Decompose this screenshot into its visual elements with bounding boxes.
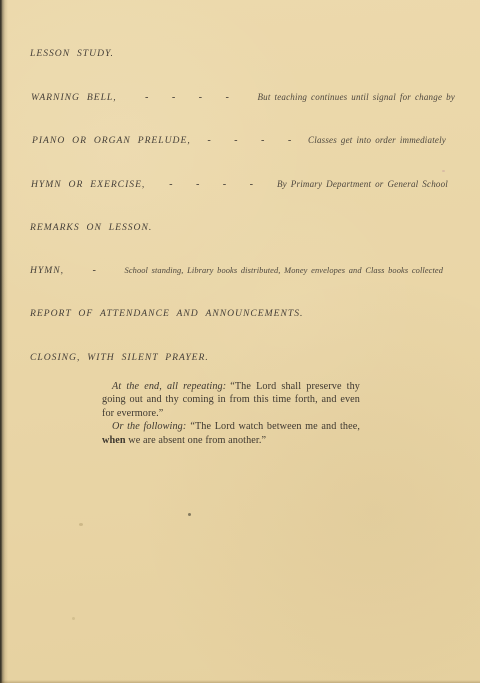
entry-term: WARNING BELL, xyxy=(31,92,117,104)
entry-term: REMARKS ON LESSON. xyxy=(30,222,152,234)
benediction-text-line-3: for evermore.” xyxy=(102,408,163,419)
entry-term: REPORT OF ATTENDANCE AND ANNOUNCEMENTS. xyxy=(30,308,303,320)
closing-benediction-note: At the end, all repeating:“The Lord shal… xyxy=(102,380,360,447)
benediction-text-line-5: we are absent one from another.” xyxy=(128,435,266,446)
entry-leader-dashes: - - - - xyxy=(145,179,277,191)
rubric-at-the-end: At the end, all repeating: xyxy=(112,381,226,392)
entry-hymn: HYMN, - School standing, Library books d… xyxy=(30,265,443,277)
entry-term: HYMN, xyxy=(30,265,64,277)
entry-term: CLOSING, WITH SILENT PRAYER. xyxy=(30,352,209,364)
entry-leader-dashes: - - - - xyxy=(191,135,308,147)
paper-speck xyxy=(442,170,445,172)
note-line-3: for evermore.” xyxy=(102,407,360,420)
entry-term: HYMN OR EXERCISE, xyxy=(31,179,145,191)
paper-speck xyxy=(72,617,75,620)
entry-term: LESSON STUDY. xyxy=(30,48,114,60)
entry-lesson-study: LESSON STUDY. xyxy=(30,48,114,60)
entry-annotation: Classes get into order immediately xyxy=(308,134,446,146)
entry-annotation: But teaching continues until signal for … xyxy=(257,91,455,103)
entry-term: PIANO OR ORGAN PRELUDE, xyxy=(32,135,191,147)
entry-leader-dashes: - - - - xyxy=(117,92,258,104)
scanned-book-page: { "page": { "colors": { "paper": "#e9d5a… xyxy=(0,0,480,683)
note-line-5: when we are absent one from another.” xyxy=(102,434,360,447)
scan-left-edge-shadow xyxy=(0,0,8,683)
benediction-text-line-5-bold: when xyxy=(102,435,126,446)
entry-piano-or-organ-prelude: PIANO OR ORGAN PRELUDE, - - - - Classes … xyxy=(32,134,446,147)
benediction-text-line-1: “The Lord shall preserve thy xyxy=(230,381,360,392)
rubric-or-the-following: Or the following: xyxy=(112,421,186,432)
benediction-text-line-4: “The Lord watch between me and thee, xyxy=(190,421,360,432)
note-line-4: Or the following:“The Lord watch between… xyxy=(102,420,360,433)
note-line-1: At the end, all repeating:“The Lord shal… xyxy=(102,380,360,393)
entry-remarks-on-lesson: REMARKS ON LESSON. xyxy=(30,222,152,234)
entry-leader-dashes: - xyxy=(64,265,124,277)
entry-closing-silent-prayer: CLOSING, WITH SILENT PRAYER. xyxy=(30,352,209,364)
entry-annotation: By Primary Department or General School xyxy=(277,178,448,190)
entry-warning-bell: WARNING BELL, - - - - But teaching conti… xyxy=(31,91,455,104)
note-line-2: going out and thy coming in from this ti… xyxy=(102,393,360,406)
entry-annotation: School standing, Library books distribut… xyxy=(125,265,443,277)
benediction-text-line-2: going out and thy coming in from this ti… xyxy=(102,394,360,405)
paper-speck xyxy=(188,513,191,516)
entry-hymn-or-exercise: HYMN OR EXERCISE, - - - - By Primary Dep… xyxy=(31,178,448,191)
entry-report-of-attendance: REPORT OF ATTENDANCE AND ANNOUNCEMENTS. xyxy=(30,308,303,320)
paper-speck xyxy=(79,523,83,526)
